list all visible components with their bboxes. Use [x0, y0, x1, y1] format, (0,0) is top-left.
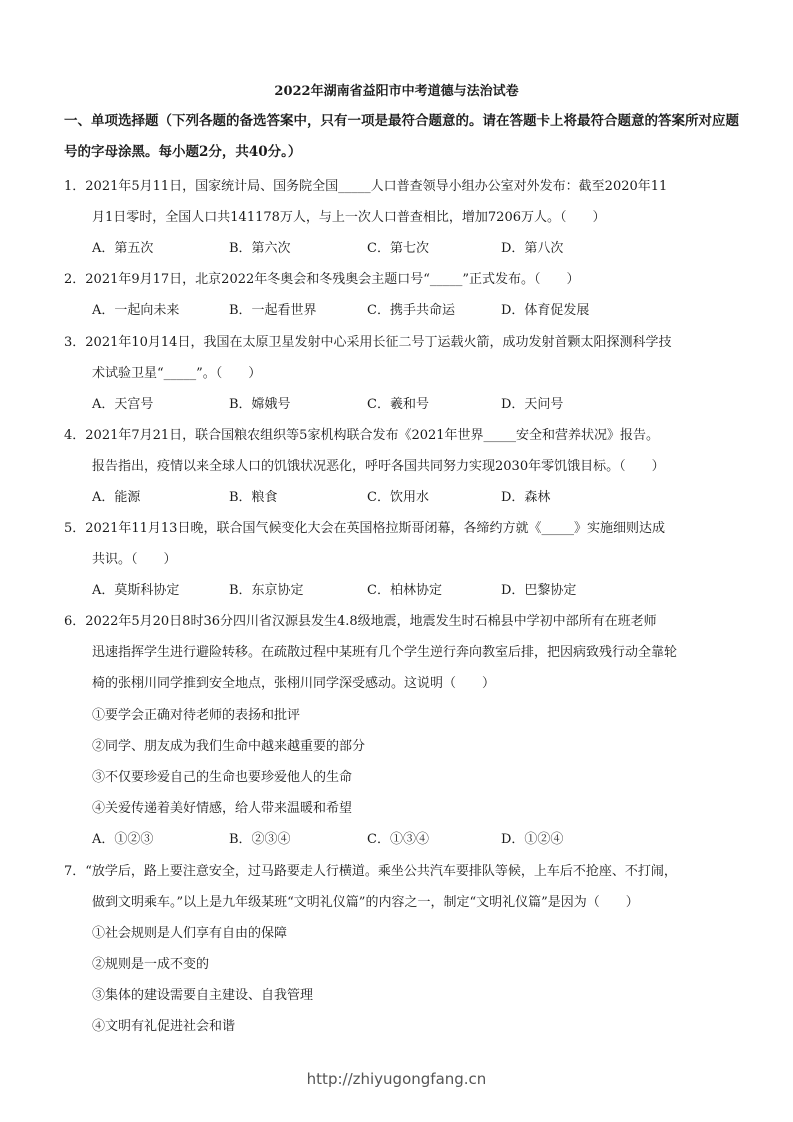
section-heading: 一、单项选择题（下列各题的备选答案中，只有一项是最符合题意的。请在答题卡上将最符… — [64, 106, 744, 168]
question-2-option-a: A．一起向未来 — [92, 301, 179, 321]
question-5-option-b: B．东京协定 — [229, 581, 304, 601]
question-6-statement-4: ④关爱传递着美好情感，给人带来温暖和希望 — [92, 799, 352, 819]
exam-title: 2022年湖南省益阳市中考道德与法治试卷 — [0, 80, 793, 99]
question-5-option-a: A．莫斯科协定 — [92, 581, 179, 601]
question-4-line-2: 报告指出，疫情以来全球人口的饥饿状况恶化，呼吁各国共同努力实现2030年零饥饿目… — [92, 457, 665, 477]
question-2-option-d: D．体育促发展 — [501, 301, 589, 321]
question-2-option-c: C．携手共命运 — [367, 301, 455, 321]
question-3-option-b: B．嫦娥号 — [229, 395, 291, 415]
footer-url: http://zhiyugongfang.cn — [0, 1070, 793, 1088]
question-1-option-d: D．第八次 — [501, 239, 563, 259]
question-1-option-b: B．第六次 — [229, 239, 291, 259]
question-7-line-2: 做到文明乘车。”以上是九年级某班“文明礼仪篇”的内容之一，制定“文明礼仪篇”是因… — [92, 893, 639, 913]
question-7-statement-3: ③集体的建设需要自主建设、自我管理 — [92, 986, 313, 1006]
question-5-line-2: 共识。（ ） — [92, 550, 177, 570]
question-6-statement-3: ③不仅要珍爱自己的生命也要珍爱他人的生命 — [92, 768, 352, 788]
question-6-option-a: A．①②③ — [92, 830, 153, 850]
question-3-line-2: 术试验卫星“_____”。（ ） — [92, 364, 261, 384]
question-6-line-3: 椅的张栩川同学推到安全地点，张栩川同学深受感动。这说明（ ） — [92, 674, 495, 694]
question-1-option-a: A．第五次 — [92, 239, 153, 259]
question-1-line-2: 月1日零时，全国人口共141178万人，与上一次人口普查相比，增加7206万人。… — [92, 208, 605, 228]
question-4-option-b: B．粮食 — [229, 488, 278, 508]
question-4-option-d: D．森林 — [501, 488, 550, 508]
question-6-line-1: 6．2022年5月20日8时36分四川省汉源县发生4.8级地震，地震发生时石棉县… — [64, 612, 657, 632]
question-7-statement-4: ④文明有礼促进社会和谐 — [92, 1017, 235, 1037]
question-7-statement-1: ①社会规则是人们享有自由的保障 — [92, 924, 287, 944]
question-6-option-d: D．①②④ — [501, 830, 563, 850]
question-2-option-b: B．一起看世界 — [229, 301, 317, 321]
question-1-option-c: C．第七次 — [367, 239, 429, 259]
question-6-option-c: C．①③④ — [367, 830, 429, 850]
question-6-line-2: 迅速指挥学生进行避险转移。在疏散过程中某班有几个学生逆行奔向教室后排，把因病致残… — [92, 643, 677, 663]
question-5-line-1: 5．2021年11月13日晚，联合国气候变化大会在英国格拉斯哥闭幕，各缔约方就《… — [64, 519, 665, 539]
question-4-option-a: A．能源 — [92, 488, 140, 508]
question-6-statement-2: ②同学、朋友成为我们生命中越来越重要的部分 — [92, 737, 365, 757]
question-4-line-1: 4．2021年7月21日，联合国粮农组织等5家机构联合发布《2021年世界___… — [64, 426, 659, 446]
question-3-option-d: D．天问号 — [501, 395, 563, 415]
question-6-option-b: B．②③④ — [229, 830, 291, 850]
question-3-option-a: A．天宫号 — [92, 395, 153, 415]
question-5-option-c: C．柏林协定 — [367, 581, 442, 601]
question-5-option-d: D．巴黎协定 — [501, 581, 576, 601]
question-2-line-1: 2．2021年9月17日，北京2022年冬奥会和冬残奥会主题口号“_____”正… — [64, 270, 580, 290]
question-3-line-1: 3．2021年10月14日，我国在太原卫星发射中心采用长征二号丁运载火箭，成功发… — [64, 333, 671, 353]
question-7-statement-2: ②规则是一成不变的 — [92, 955, 209, 975]
question-7-line-1: 7．“放学后，路上要注意安全，过马路要走人行横道。乘坐公共汽车要排队等候，上车后… — [64, 862, 677, 882]
exam-page: 2022年湖南省益阳市中考道德与法治试卷 一、单项选择题（下列各题的备选答案中，… — [0, 0, 793, 1122]
question-1-line-1: 1．2021年5月11日，国家统计局、国务院全国_____人口普查领导小组办公室… — [64, 177, 667, 197]
question-6-statement-1: ①要学会正确对待老师的表扬和批评 — [92, 706, 300, 726]
question-4-option-c: C．饮用水 — [367, 488, 429, 508]
question-3-option-c: C．羲和号 — [367, 395, 429, 415]
